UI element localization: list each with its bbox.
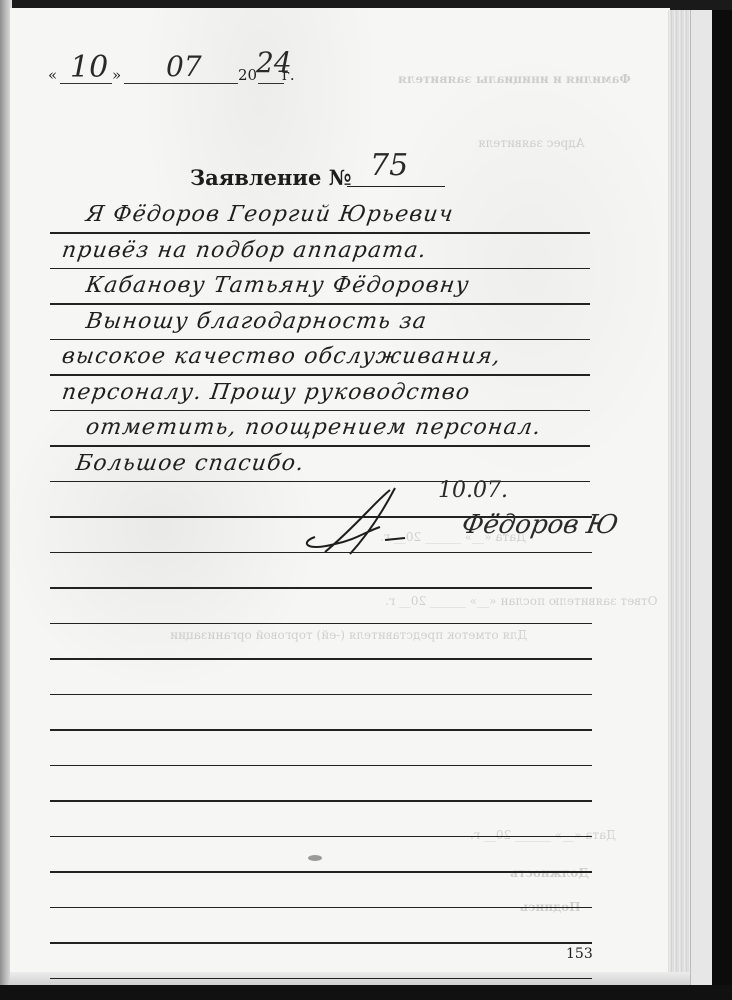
scanned-page: Фамилия и инициалы заявителя Адрес заяви… xyxy=(0,0,732,1000)
signature-flourish xyxy=(295,482,415,562)
handwritten-line: Кабанову Татьяну Фёдоровну xyxy=(84,273,471,298)
date-day: 10 xyxy=(70,50,108,85)
date-month: 07 xyxy=(166,50,202,83)
bleed-applicant-name-label: Фамилия и инициалы заявителя xyxy=(398,72,631,86)
date-open-quote: « xyxy=(48,66,57,84)
title-number-line xyxy=(347,186,445,187)
ruled-line xyxy=(50,445,590,447)
ruled-line xyxy=(50,232,590,234)
handwritten-line: отметить, поощрением персонал. xyxy=(84,415,543,440)
ruled-line xyxy=(50,836,592,838)
ink-smudge xyxy=(308,855,322,861)
bleed-response-label: Ответ заявителю послан «__» ______ 20__ … xyxy=(385,594,657,608)
ruled-line xyxy=(50,871,592,873)
ruled-line xyxy=(50,268,590,270)
page-title: Заявление № xyxy=(190,165,351,190)
year-marker: г. xyxy=(282,66,295,84)
page-stack-edge xyxy=(668,10,690,982)
ruled-line xyxy=(50,729,592,731)
ruled-line xyxy=(50,374,590,376)
ruled-line xyxy=(50,410,590,412)
signature-name: Фёдоров Ю xyxy=(459,510,620,540)
scanner-background-bottom xyxy=(0,985,732,1000)
ruled-line xyxy=(50,623,592,625)
ruled-line xyxy=(50,303,590,305)
application-number: 75 xyxy=(370,148,408,183)
signature-date: 10.07. xyxy=(438,478,508,503)
ruled-line xyxy=(50,978,592,980)
ruled-line xyxy=(50,907,592,909)
handwritten-line: персоналу. Прошу руководство xyxy=(60,380,472,405)
handwritten-line: Я Фёдоров Георгий Юрьевич xyxy=(84,202,455,227)
ruled-line xyxy=(50,765,592,767)
year-prefix: 20 xyxy=(238,66,257,84)
page-number: 153 xyxy=(566,946,593,962)
ruled-line xyxy=(50,587,592,589)
title-label: Заявление № xyxy=(190,165,351,190)
ruled-line xyxy=(50,942,592,944)
ruled-line xyxy=(50,694,592,696)
ruled-line xyxy=(50,339,590,341)
bleed-position-label: Должность xyxy=(510,866,589,880)
handwritten-line: Выношу благодарность за xyxy=(84,309,429,334)
date-close-quote: » xyxy=(112,66,121,84)
ruled-line xyxy=(50,658,592,660)
handwritten-line: высокое качество обслуживания, xyxy=(60,344,502,369)
ruled-line xyxy=(50,800,592,802)
bleed-note-label: Для отметок представителя (-ей) торговой… xyxy=(170,628,527,642)
handwritten-line: привёз на подбор аппарата. xyxy=(60,238,428,263)
scanner-background xyxy=(712,10,732,1000)
bleed-applicant-address-label: Адрес заявителя xyxy=(478,136,585,150)
handwritten-line: Большое спасибо. xyxy=(74,451,306,476)
